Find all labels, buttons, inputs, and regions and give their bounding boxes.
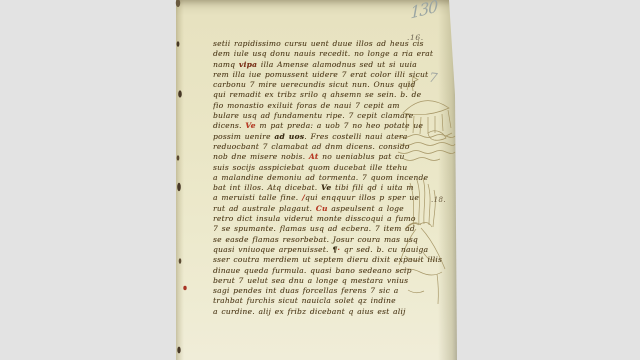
manuscript-line: a meruisti talle fine. /qui enqquur illo… xyxy=(213,193,445,203)
text-segment: qui enqquur illos p sper ue xyxy=(305,193,419,202)
manuscript-line: suis socijs asspiciebat quom ducebat ill… xyxy=(213,163,445,173)
manuscript-line: retro dict insula viderut monte disscoqu… xyxy=(213,214,445,224)
text-segment: dinaue queda furmula. quasi bano sedeano… xyxy=(213,266,412,275)
text-segment: tibi fili qd i uita m xyxy=(331,183,413,192)
manuscript-line: dem iule usq donu nauis recedit. no long… xyxy=(213,49,445,59)
text-segment: bulare usq ad fundamentu ripe. 7 cepit c… xyxy=(213,111,413,120)
text-segment: illa Amense alamodnus sed ut si uuia xyxy=(257,60,417,69)
rubric-segment: At xyxy=(309,152,319,161)
text-segment: nob dne misere nobis. xyxy=(213,152,309,161)
manuscript-photo: setii rapidissimo cursu uent duue illos … xyxy=(0,0,640,360)
text-segment: a meruisti talle fine. xyxy=(213,193,302,202)
text-segment: se easde flamas resorbebat. Josur coura … xyxy=(213,235,418,244)
text-segment: suis socijs asspiciebat quom ducebat ill… xyxy=(213,163,407,172)
text-segment: dem iule usq donu nauis recedit. no long… xyxy=(213,49,433,58)
text-segment: aspeulsent a loge xyxy=(328,204,404,213)
text-segment: reduocbant 7 clamabat ad dnm dicens. con… xyxy=(213,142,410,151)
text-segment: qui remadit ex tribz srilo q ahsemn se s… xyxy=(213,90,421,99)
text-segment: sser coutra merdiem ut septem dieru dixi… xyxy=(213,255,442,264)
manuscript-line: rem illa iue pomussent uidere 7 erat col… xyxy=(213,70,445,80)
rubric-segment: Cu xyxy=(316,204,328,213)
text-segment: dicens. xyxy=(213,121,245,130)
manuscript-line: namq vipa illa Amense alamodnus sed ut s… xyxy=(213,60,445,70)
text-segment: namq xyxy=(213,60,239,69)
page-edge-specks xyxy=(176,0,187,353)
rubric-segment: Ve xyxy=(245,121,255,130)
manuscript-line: sagi pendes int duas forcellas ferens 7 … xyxy=(213,286,445,296)
text-segment: a curdine. alij ex fribz dicebant q aius… xyxy=(213,307,406,316)
manuscript-line: qui remadit ex tribz srilo q ahsemn se s… xyxy=(213,90,445,100)
item-mark-18: .18. xyxy=(431,196,446,204)
text-segment: quasi vniuoque arpenuisset. xyxy=(213,245,332,254)
manuscript-line: sser coutra merdiem ut septem dieru dixi… xyxy=(213,255,445,265)
text-segment: possim uenire xyxy=(213,132,274,141)
text-segment: m pat preda: a uob 7 no heo potate ue xyxy=(256,121,423,130)
manuscript-line: rut ad australe plagaut. Cu aspeulsent a… xyxy=(213,204,445,214)
text-segment: ad uos xyxy=(274,132,304,141)
manuscript-line: reduocbant 7 clamabat ad dnm dicens. con… xyxy=(213,142,445,152)
item-mark-16: .16. xyxy=(407,33,424,42)
manuscript-line: berut 7 uelut sea dnu a longe q mestara … xyxy=(213,276,445,286)
text-segment: no ueniablus pat cu xyxy=(319,152,405,161)
text-segment: vipa xyxy=(239,60,257,69)
manuscript-line: 7 se spumante. flamas usq ad ecbera. 7 i… xyxy=(213,224,445,234)
manuscript-line: trahbat furchis sicut nauicla solet qz i… xyxy=(213,296,445,306)
text-segment: 7 se spumante. flamas usq ad ecbera. 7 i… xyxy=(213,224,415,233)
manuscript-line: se easde flamas resorbebat. Josur coura … xyxy=(213,235,445,245)
manuscript-line: quasi vniuoque arpenuisset. ¶· qr sed. b… xyxy=(213,245,445,255)
manuscript-line: possim uenire ad uos. Fres costelli naui… xyxy=(213,132,445,142)
text-segment: trahbat furchis sicut nauicla solet qz i… xyxy=(213,296,396,305)
text-segment: rem illa iue pomussent uidere 7 erat col… xyxy=(213,70,428,79)
text-segment: . Fres costelli naui atera xyxy=(304,132,407,141)
text-segment: berut 7 uelut sea dnu a longe q mestara … xyxy=(213,276,408,285)
text-segment: Ve xyxy=(321,183,331,192)
manuscript-line: a curdine. alij ex fribz dicebant q aius… xyxy=(213,307,445,317)
manuscript-line: nob dne misere nobis. At no ueniablus pa… xyxy=(213,152,445,162)
text-block: setii rapidissimo cursu uent duue illos … xyxy=(213,39,445,321)
text-segment: bat int illos. Atq dicebat. xyxy=(213,183,321,192)
text-segment: carbonu 7 mire uerecundis sicut nun. Onu… xyxy=(213,80,416,89)
manuscript-line: bulare usq ad fundamentu ripe. 7 cepit c… xyxy=(213,111,445,121)
manuscript-line: bat int illos. Atq dicebat. Ve tibi fili… xyxy=(213,183,445,193)
text-segment: qr sed. b. cu nauiga xyxy=(340,245,428,254)
manuscript-line: fio monastio exiluit foras de naui 7 cep… xyxy=(213,101,445,111)
manuscript-line: dicens. Ve m pat preda: a uob 7 no heo p… xyxy=(213,121,445,131)
manuscript-line: dinaue queda furmula. quasi bano sedeano… xyxy=(213,266,445,276)
manuscript-line: a malandine demoniu ad tormenta. 7 quom … xyxy=(213,173,445,183)
text-segment: fio monastio exiluit foras de naui 7 cep… xyxy=(213,101,400,110)
text-segment: setii rapidissimo cursu uent duue illos … xyxy=(213,39,424,48)
text-segment: rut ad australe plagaut. xyxy=(213,204,316,213)
text-segment: retro dict insula viderut monte disscoqu… xyxy=(213,214,416,223)
manuscript-line: carbonu 7 mire uerecundis sicut nun. Onu… xyxy=(213,80,445,90)
text-segment: a malandine demoniu ad tormenta. 7 quom … xyxy=(213,173,428,182)
text-segment: sagi pendes int duas forcellas ferens 7 … xyxy=(213,286,398,295)
